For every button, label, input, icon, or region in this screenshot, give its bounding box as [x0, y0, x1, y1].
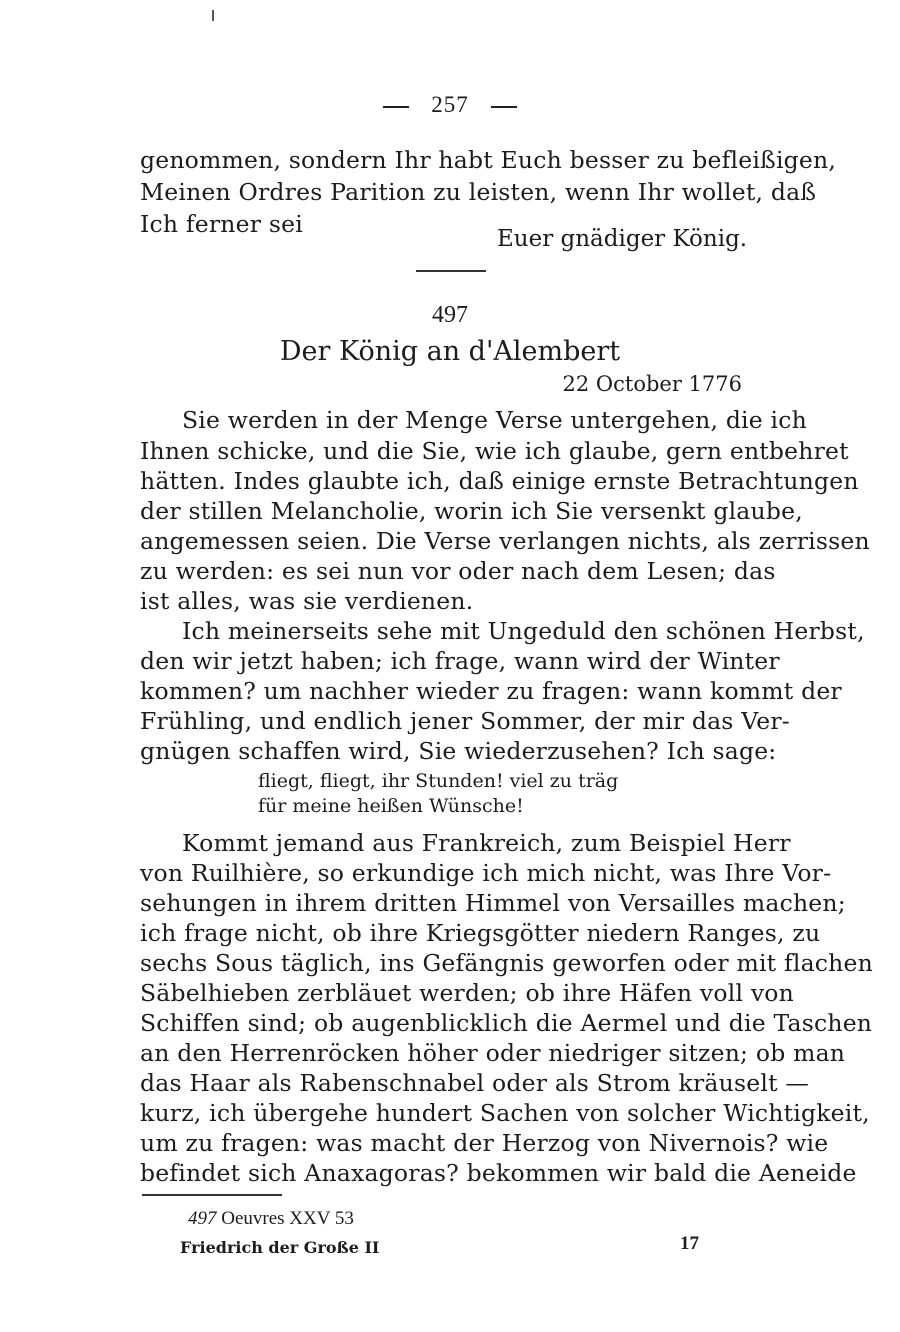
text-line: kommen? um nachher wieder zu fragen: wan…	[140, 677, 765, 705]
text-line: den wir jetzt haben; ich frage, wann wir…	[140, 647, 765, 675]
text-line: Kommt jemand aus Frankreich, zum Beispie…	[140, 829, 765, 857]
text-line: Sie werden in der Menge Verse untergehen…	[140, 406, 765, 434]
text-line: ist alles, was sie verdienen.	[140, 587, 765, 615]
letter-title: Der König an d'Alembert	[0, 336, 900, 367]
page-number: 257	[431, 92, 469, 117]
text-line: sechs Sous täglich, ins Gefängnis geworf…	[140, 949, 765, 977]
text-line: von Ruilhière, so erkundige ich mich nic…	[140, 859, 765, 887]
footnote-number: 497	[188, 1208, 217, 1229]
text-line: Säbelhieben zerbläuet werden; ob ihre Hä…	[140, 979, 765, 1007]
section-divider	[416, 270, 486, 272]
text-line: an den Herrenröcken höher oder niedriger…	[140, 1039, 765, 1067]
text-line: Frühling, und endlich jener Sommer, der …	[140, 707, 765, 735]
text-line: der stillen Melancholie, worin ich Sie v…	[140, 497, 765, 525]
letter-date: 22 October 1776	[563, 372, 742, 396]
verse-line: für meine heißen Wünsche!	[258, 795, 524, 817]
sheet-number: 17	[680, 1233, 699, 1255]
letter-signature: Euer gnädiger König.	[497, 226, 747, 252]
scan-mark	[212, 10, 214, 21]
text-line: um zu fragen: was macht der Herzog von N…	[140, 1129, 765, 1157]
text-line: kurz, ich übergehe hundert Sachen von so…	[140, 1099, 765, 1127]
header-dash-left	[383, 106, 409, 108]
text-line: genommen, sondern Ihr habt Euch besser z…	[140, 146, 765, 174]
page-header: 257	[0, 92, 900, 118]
text-line: Meinen Ordres Parition zu leisten, wenn …	[140, 178, 765, 206]
text-line: Ich meinerseits sehe mit Ungeduld den sc…	[140, 617, 765, 645]
text-line: zu werden: es sei nun vor oder nach dem …	[140, 557, 765, 585]
text-line: befindet sich Anaxagoras? bekommen wir b…	[140, 1159, 765, 1187]
text-line: sehungen in ihrem dritten Himmel von Ver…	[140, 889, 765, 917]
signature-mark: Friedrich der Große II	[180, 1238, 379, 1257]
footnote-text: Oeuvres XXV 53	[221, 1208, 354, 1229]
footnote: 497 Oeuvres XXV 53	[188, 1208, 354, 1230]
text-line: Schiffen sind; ob augenblicklich die Aer…	[140, 1009, 765, 1037]
footnote-divider	[142, 1194, 282, 1196]
text-line: gnügen schaffen wird, Sie wiederzusehen?…	[140, 737, 765, 765]
text-line: angemessen seien. Die Verse verlangen ni…	[140, 527, 765, 555]
letter-number: 497	[0, 302, 900, 329]
text-line: hätten. Indes glaubte ich, daß einige er…	[140, 467, 765, 495]
text-line: das Haar als Rabenschnabel oder als Stro…	[140, 1069, 765, 1097]
text-line: Ihnen schicke, und die Sie, wie ich glau…	[140, 437, 765, 465]
header-dash-right	[491, 106, 517, 108]
text-line: ich frage nicht, ob ihre Kriegsgötter ni…	[140, 919, 765, 947]
verse-line: fliegt, fliegt, ihr Stunden! viel zu trä…	[258, 770, 618, 792]
